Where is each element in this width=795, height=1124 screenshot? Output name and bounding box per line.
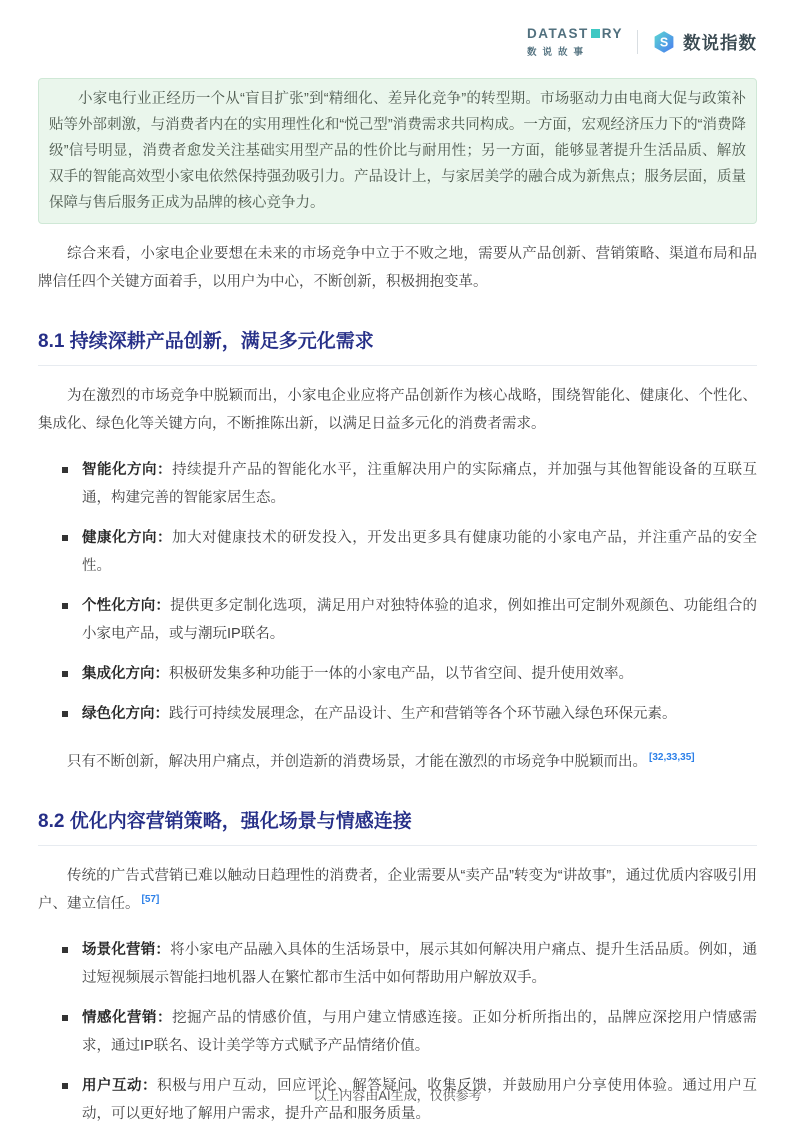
section-heading-8-2: 8.2 优化内容营销策略，强化场景与情感连接 <box>38 806 757 846</box>
list-item: 健康化方向：加大对健康技术的研发投入，开发出更多具有健康功能的小家电产品，并注重… <box>38 524 757 580</box>
section-8-1-closing: 只有不断创新，解决用户痛点，并创造新的消费场景，才能在激烈的市场竞争中脱颖而出。… <box>38 748 757 776</box>
square-bullet-icon <box>62 535 68 541</box>
hexagon-s-icon: S <box>652 30 676 54</box>
square-bullet-icon <box>62 711 68 717</box>
list-item: 集成化方向：积极研发集多种功能于一体的小家电产品，以节省空间、提升使用效率。 <box>38 660 757 688</box>
closing-text: 只有不断创新，解决用户痛点，并创造新的消费场景，才能在激烈的市场竞争中脱颖而出。 <box>67 754 647 770</box>
list-item: 情感化营销：挖掘产品的情感价值，与用户建立情感连接。正如分析所指出的，品牌应深挖… <box>38 1004 757 1060</box>
bullet-text: 持续提升产品的智能化水平，注重解决用户的实际痛点，并加强与其他智能设备的互联互通… <box>82 462 757 506</box>
bullet-label: 场景化营销： <box>82 942 170 958</box>
ai-disclaimer: 以上内容由AI生成，仅供参考 <box>0 1085 795 1104</box>
summary-callout-text: 小家电行业正经历一个从“盲目扩张”到“精细化、差异化竞争”的转型期。市场驱动力由… <box>49 86 746 216</box>
list-item: 场景化营销：将小家电产品融入具体的生活场景中，展示其如何解决用户痛点、提升生活品… <box>38 936 757 992</box>
logo-divider <box>637 30 638 54</box>
bullet-label: 绿色化方向： <box>82 706 169 722</box>
list-item: 个性化方向：提供更多定制化选项，满足用户对独特体验的追求，例如推出可定制外观颜色… <box>38 592 757 648</box>
list-item: 绿色化方向：践行可持续发展理念，在产品设计、生产和营销等各个环节融入绿色环保元素… <box>38 700 757 728</box>
bullet-label: 健康化方向： <box>82 530 172 546</box>
section-8-1-bullet-list: 智能化方向：持续提升产品的智能化水平，注重解决用户的实际痛点，并加强与其他智能设… <box>38 456 757 728</box>
section-8-2-lead: 传统的广告式营销已难以触动日趋理性的消费者，企业需要从“卖产品”转变为“讲故事”… <box>38 862 757 918</box>
lead-text: 传统的广告式营销已难以触动日趋理性的消费者，企业需要从“卖产品”转变为“讲故事”… <box>38 868 757 912</box>
datastory-logo: DATAST RY 数说故事 <box>527 26 623 58</box>
section-heading-8-1: 8.1 持续深耕产品创新，满足多元化需求 <box>38 326 757 366</box>
bullet-text: 挖掘产品的情感价值，与用户建立情感连接。正如分析所指出的，品牌应深挖用户情感需求… <box>82 1010 757 1054</box>
report-content: 小家电行业正经历一个从“盲目扩张”到“精细化、差异化竞争”的转型期。市场驱动力由… <box>0 78 795 1124</box>
square-bullet-icon <box>62 947 68 953</box>
index-logo-title: 数说指数 <box>683 30 757 55</box>
square-bullet-icon <box>62 671 68 677</box>
bullet-text: 践行可持续发展理念，在产品设计、生产和营销等各个环节融入绿色环保元素。 <box>169 706 677 722</box>
bullet-text: 加大对健康技术的研发投入，开发出更多具有健康功能的小家电产品，并注重产品的安全性… <box>82 530 757 574</box>
square-bullet-icon <box>62 467 68 473</box>
citation-link[interactable]: [32,33,35] <box>649 752 695 763</box>
square-bullet-icon <box>62 1015 68 1021</box>
bullet-text: 将小家电产品融入具体的生活场景中，展示其如何解决用户痛点、提升生活品质。例如，通… <box>82 942 757 986</box>
summary-callout: 小家电行业正经历一个从“盲目扩张”到“精细化、差异化竞争”的转型期。市场驱动力由… <box>38 78 757 224</box>
bullet-text: 积极研发集多种功能于一体的小家电产品，以节省空间、提升使用效率。 <box>169 666 633 682</box>
bullet-label: 个性化方向： <box>82 598 170 614</box>
bullet-text: 提供更多定制化选项，满足用户对独特体验的追求，例如推出可定制外观颜色、功能组合的… <box>82 598 757 642</box>
page-header: DATAST RY 数说故事 S 数 <box>0 0 795 60</box>
list-item: 智能化方向：持续提升产品的智能化水平，注重解决用户的实际痛点，并加强与其他智能设… <box>38 456 757 512</box>
citation-link[interactable]: [57] <box>142 894 160 905</box>
svg-text:S: S <box>660 36 668 50</box>
bullet-label: 情感化营销： <box>82 1010 172 1026</box>
datastory-wordmark-left: DATAST <box>527 26 589 41</box>
shushuo-index-logo: S 数说指数 <box>652 30 757 55</box>
bullet-label: 集成化方向： <box>82 666 169 682</box>
bullet-label: 智能化方向： <box>82 462 172 478</box>
intro-paragraph: 综合来看，小家电企业要想在未来的市场竞争中立于不败之地，需要从产品创新、营销策略… <box>38 240 757 296</box>
datastory-wordmark: DATAST RY <box>527 26 623 41</box>
datastory-square-icon <box>591 29 600 38</box>
section-8-1-lead: 为在激烈的市场竞争中脱颖而出，小家电企业应将产品创新作为核心战略，围绕智能化、健… <box>38 382 757 438</box>
datastory-subtitle: 数说故事 <box>527 44 623 58</box>
report-page: DATAST RY 数说故事 S 数 <box>0 0 795 1124</box>
datastory-wordmark-right: RY <box>602 26 623 41</box>
square-bullet-icon <box>62 603 68 609</box>
